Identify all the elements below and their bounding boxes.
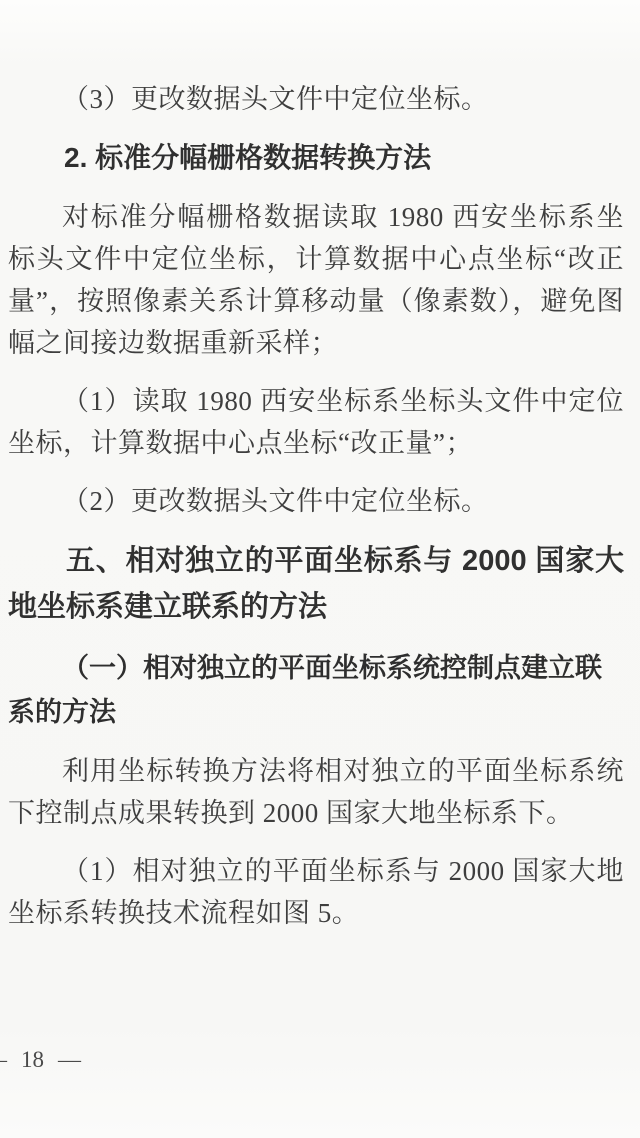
paragraph-raster-method: 对标准分幅栅格数据读取 1980 西安坐标系坐标头文件中定位坐标，计算数据中心点… [8, 196, 624, 364]
paragraph-step2: （2）更改数据头文件中定位坐标。 [8, 480, 624, 522]
section-heading-2: 2. 标准分幅栅格数据转换方法 [8, 136, 624, 180]
chapter-heading-5: 五、相对独立的平面坐标系与 2000 国家大地坐标系建立联系的方法 [8, 538, 624, 630]
paragraph-step1: （1）读取 1980 西安坐标系坐标头文件中定位坐标，计算数据中心点坐标“改正量… [8, 380, 624, 464]
footer-left-dash: — [0, 1047, 7, 1073]
document-page: （3）更改数据头文件中定位坐标。 2. 标准分幅栅格数据转换方法 对标准分幅栅格… [0, 0, 640, 1138]
subsection-heading-1: （一）相对独立的平面坐标系统控制点建立联系的方法 [8, 646, 624, 734]
paragraph-control-points: 利用坐标转换方法将相对独立的平面坐标系统下控制点成果转换到 2000 国家大地坐… [8, 750, 624, 834]
page-footer: — 18 — [0, 1047, 81, 1073]
paragraph-figure5-ref: （1）相对独立的平面坐标系与 2000 国家大地坐标系转换技术流程如图 5。 [8, 850, 624, 934]
footer-right-dash: — [58, 1047, 81, 1073]
page-number: 18 [21, 1047, 44, 1073]
paragraph-step3: （3）更改数据头文件中定位坐标。 [8, 78, 624, 120]
